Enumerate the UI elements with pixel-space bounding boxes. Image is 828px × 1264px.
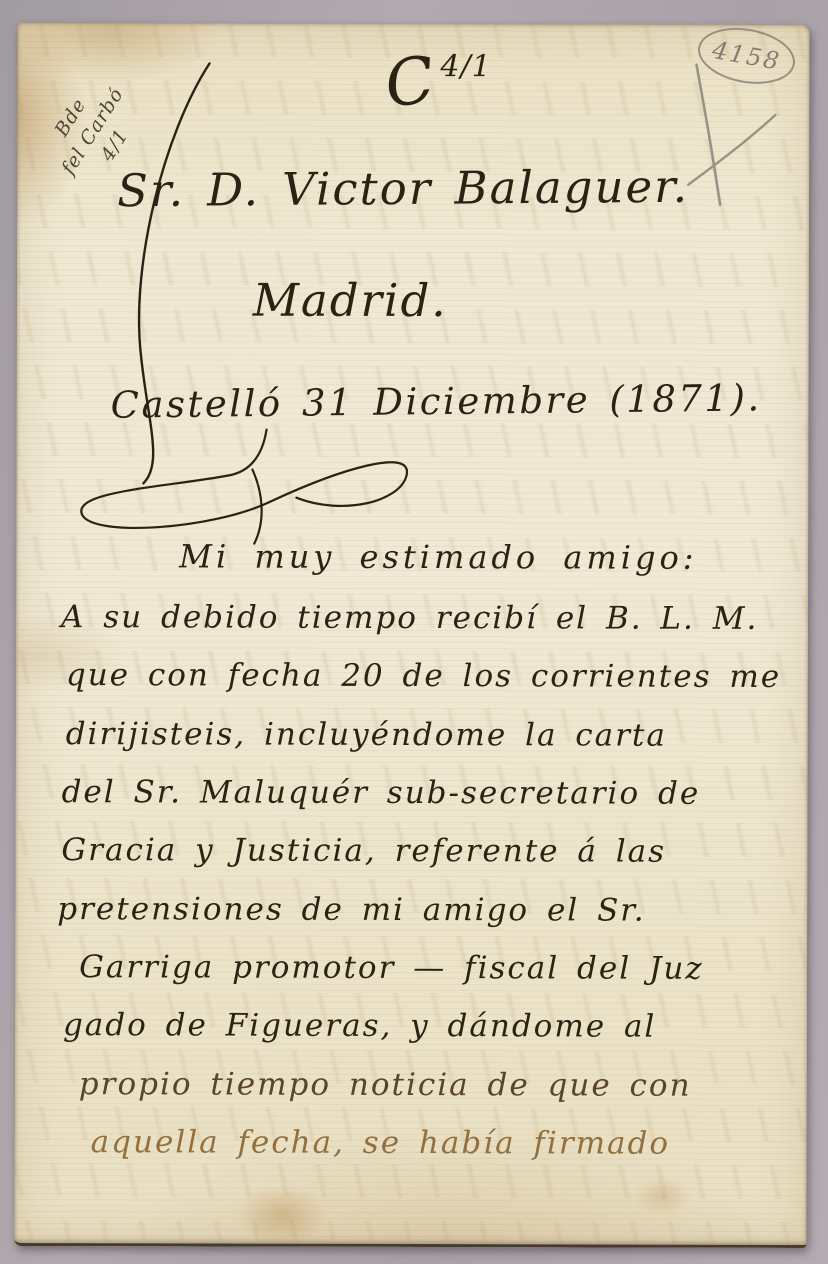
body-line-7: Garriga promotor — fiscal del Juz	[79, 949, 704, 987]
body-line-2: que con fecha 20 de los corrientes me	[66, 657, 781, 695]
file-reference-letter: C	[381, 43, 440, 123]
letter-page: Bde fel Carbó 4/1 C4/1 4158 Sr. D. Victo…	[14, 23, 809, 1248]
file-reference-mark: C4/1	[385, 46, 491, 120]
body-line-10: aquella fecha, se había firmado	[91, 1124, 670, 1162]
file-reference-number: 4/1	[440, 49, 491, 84]
pencil-cross-mark	[696, 65, 720, 205]
dateline: Castelló 31 Diciembre (1871).	[110, 376, 761, 426]
body-line-5: Gracia y Justicia, referente á las	[61, 832, 666, 870]
catalog-number: 4158	[710, 36, 783, 76]
date-paraph-flourish	[81, 429, 407, 528]
body-line-8: gado de Figueras, y dándome al	[63, 1007, 656, 1045]
body-line-6: pretensiones de mi amigo el Sr.	[57, 891, 645, 929]
recipient-city-line: Madrid.	[253, 274, 448, 328]
body-line-4: del Sr. Maluquér sub-secretario de	[62, 774, 701, 812]
body-line-3: dirijisteis, incluyéndome la carta	[66, 716, 667, 754]
pencil-cross-mark-2	[688, 115, 775, 185]
recipient-name-line: Sr. D. Victor Balaguer.	[117, 160, 689, 217]
body-line-1: A su debido tiempo recibí el B. L. M.	[61, 599, 758, 637]
salutation-line: Mi muy estimado amigo:	[179, 537, 697, 576]
catalog-number-circled: 4158	[694, 21, 800, 91]
body-line-9: propio tiempo noticia de que con	[79, 1066, 692, 1104]
scanned-letter-photograph: Bde fel Carbó 4/1 C4/1 4158 Sr. D. Victo…	[0, 0, 828, 1264]
date-paraph-descender	[252, 470, 262, 544]
